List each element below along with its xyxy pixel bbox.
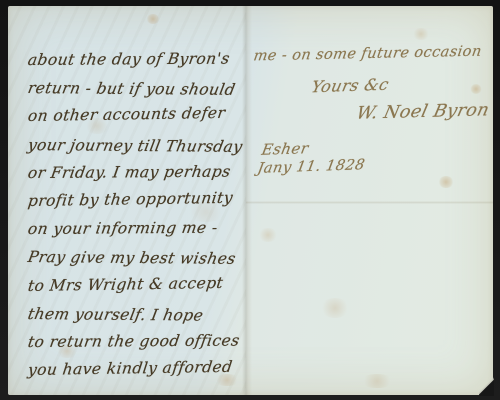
- handwriting-line: or Friday. I may perhaps: [26, 157, 245, 187]
- signature: W. Noel Byron: [355, 100, 492, 123]
- handwriting-line: me - on some future occasion: [252, 44, 482, 65]
- horizontal-fold-crease: [246, 201, 493, 204]
- handwriting-line: on other accounts defer: [26, 99, 245, 131]
- letter-photo: about the day of Byron's return - but if…: [0, 0, 500, 400]
- handwriting-line: on your informing me -: [26, 214, 245, 244]
- handwriting-line: them yourself. I hope: [25, 300, 245, 330]
- left-page-text: about the day of Byron's return - but if…: [28, 46, 243, 384]
- handwriting-line: you have kindly afforded: [26, 353, 245, 385]
- bent-corner: [479, 376, 494, 396]
- handwriting-line: profit by the opportunity: [26, 184, 245, 216]
- handwriting-line: about the day of Byron's: [26, 45, 245, 75]
- letter-sheet: about the day of Byron's return - but if…: [8, 6, 493, 395]
- date-line: Jany 11. 1828: [256, 157, 366, 177]
- letter-closing: Yours &c: [309, 75, 390, 97]
- letter-page-right: me - on some future occasion Yours &c W.…: [246, 6, 493, 395]
- handwriting-line: to return the good offices: [26, 327, 245, 357]
- handwriting-line: to Mrs Wright & accept: [26, 268, 245, 300]
- place-line: Esher: [260, 139, 310, 159]
- handwriting-line: your journey till Thursday: [25, 131, 245, 161]
- letter-page-left: about the day of Byron's return - but if…: [8, 6, 246, 395]
